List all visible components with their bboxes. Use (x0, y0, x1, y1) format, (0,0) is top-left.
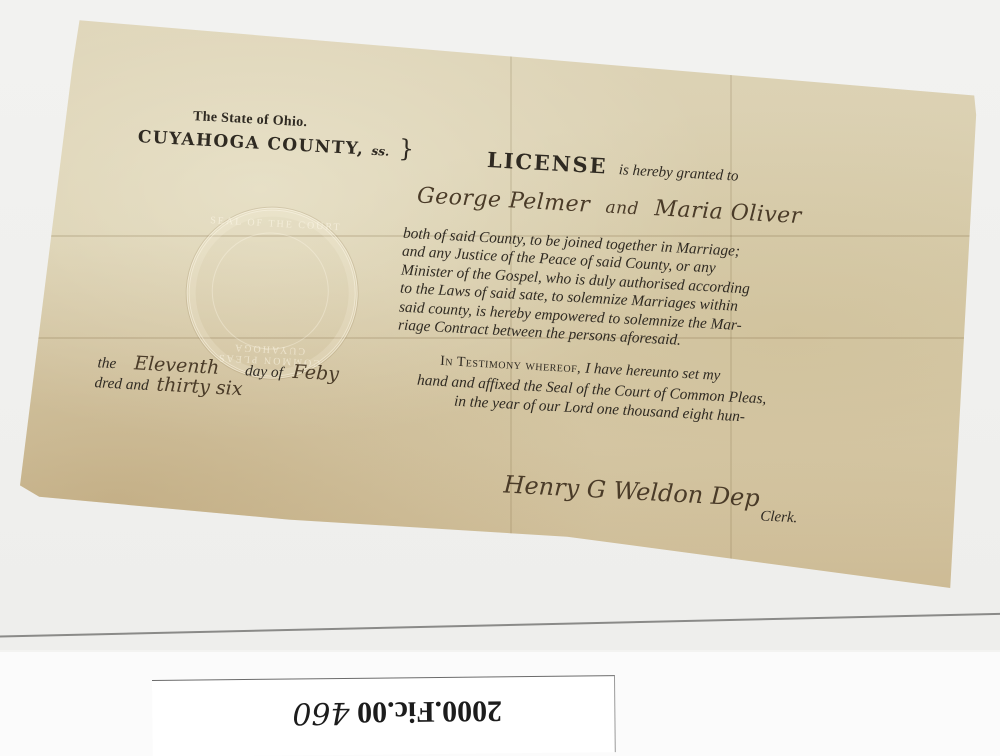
bride-name: Maria Oliver (654, 196, 803, 229)
clerk-title: Clerk. (760, 508, 798, 527)
license-title: LICENSE (487, 147, 608, 178)
month-handwritten: Feby (292, 361, 339, 385)
and-word: and (605, 198, 640, 220)
seal-top-text: SEAL OF THE COURT (193, 214, 358, 234)
year-prefix: dred and (94, 374, 149, 394)
testimony-rest: I have hereunto set my (585, 361, 721, 384)
day-of: day of (245, 362, 284, 381)
clerk-signature: Henry G Weldon Dep (503, 470, 760, 512)
couple-names: George Pelmer and Maria Oliver (416, 183, 802, 229)
seal-inner-ring (209, 229, 332, 352)
accession-printed: 2000.Fic.00 (357, 694, 502, 729)
county-name: CUYAHOGA COUNTY, (137, 127, 364, 159)
accession-handwritten: 460 (292, 695, 350, 731)
accession-number: 2000.Fic.00 460 (292, 693, 502, 730)
groom-name: George Pelmer (416, 183, 590, 217)
catalog-label: 2000.Fic.00 460 (152, 675, 616, 756)
granted-text: is hereby granted to (618, 162, 739, 185)
year-handwritten: thirty six (156, 374, 243, 401)
license-content: The State of Ohio. CUYAHOGA COUNTY, ss. … (0, 0, 1000, 677)
ss-abbrev: ss. (371, 144, 389, 159)
license-body: both of said County, to be joined togeth… (398, 225, 863, 360)
brace-mark: } (398, 134, 416, 163)
